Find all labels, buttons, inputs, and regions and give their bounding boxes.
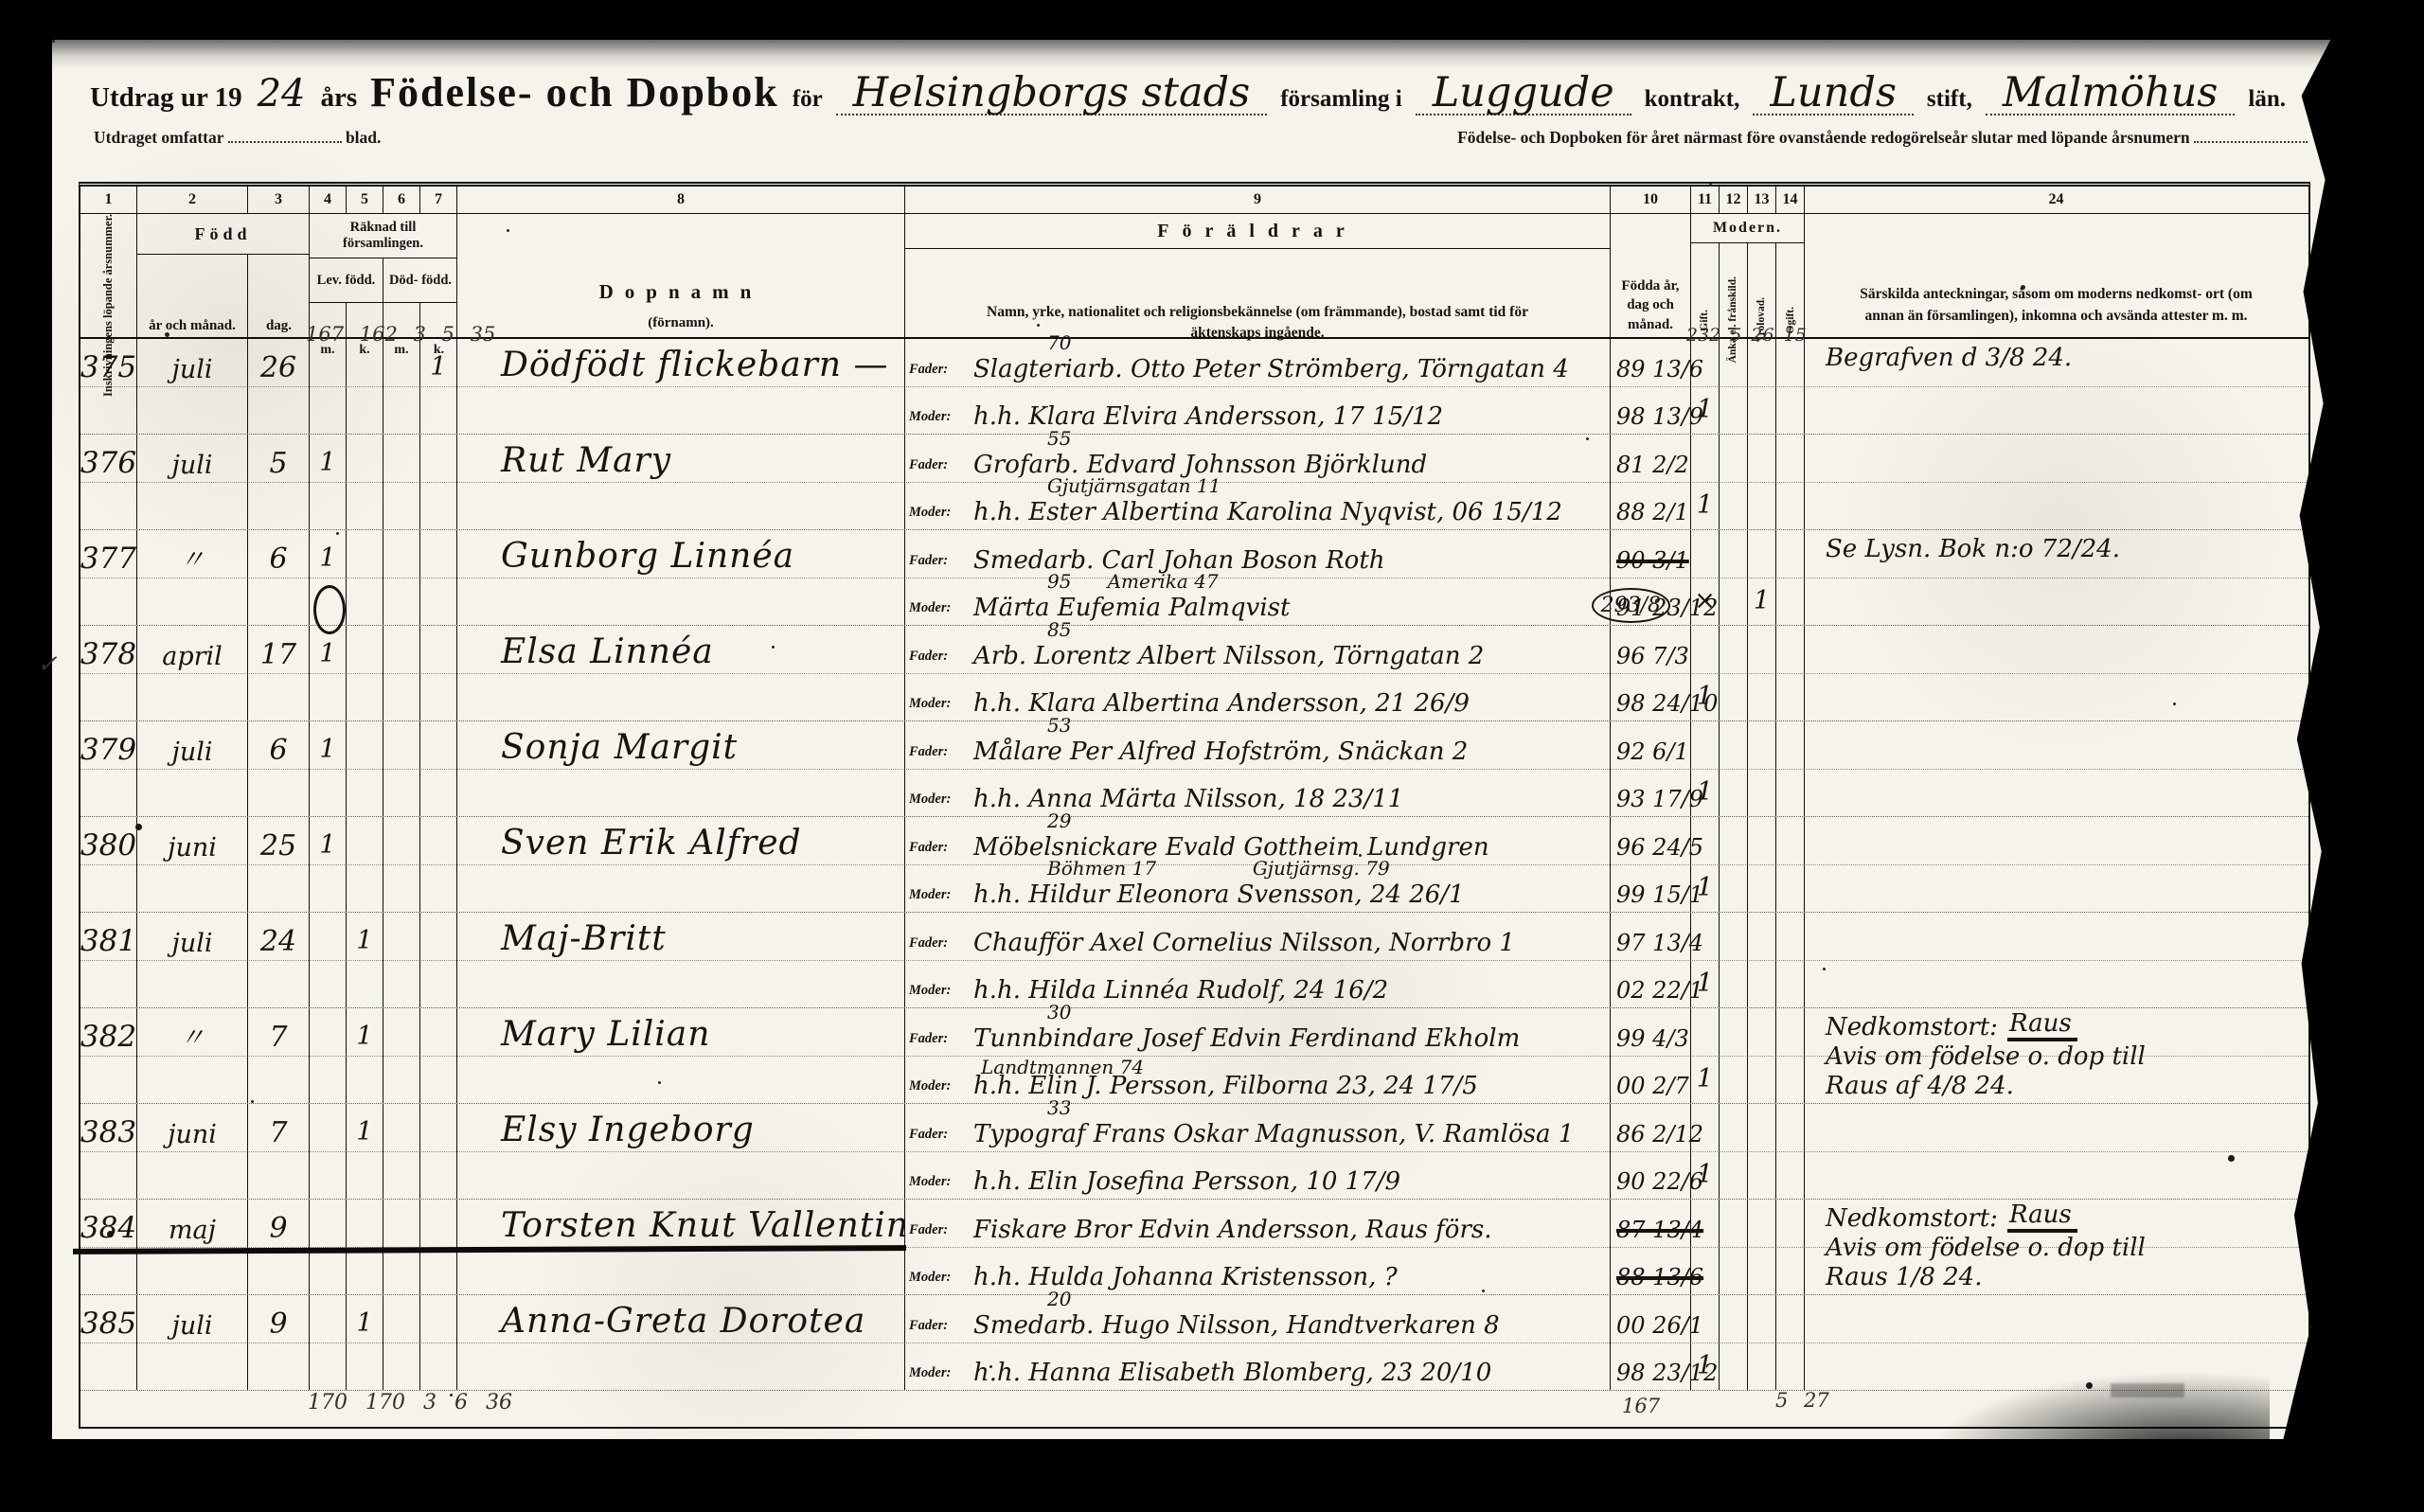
mother-label: Moder: xyxy=(909,409,951,425)
birth-day-cell: 7 xyxy=(248,1008,310,1103)
mother-widow-cell xyxy=(1720,721,1748,816)
records-table: 167 162 3 5 35 232 5 26 15 1 2 3 4 5 6 7… xyxy=(79,182,2310,1429)
blank-line xyxy=(2194,141,2308,143)
stillborn-female-cell xyxy=(420,435,457,529)
liveborn-male-cell: 1 xyxy=(310,530,347,625)
stillborn-male-cell xyxy=(383,817,420,912)
col-num: 9 xyxy=(905,187,1611,213)
father-label: Fader: xyxy=(909,1127,948,1143)
birth-month: maj xyxy=(169,1216,216,1245)
table-row: 383 juni 7 1 Elsy Ingeborg Fader: 33 xyxy=(80,1104,2308,1200)
special-notes-cell xyxy=(1805,721,2308,816)
father-birth-line: 89 13/6 xyxy=(1611,339,1690,386)
parent-birthdates-cell: 96 7/3 98 24/10 xyxy=(1611,626,1691,720)
record-number: 382 xyxy=(80,1020,136,1054)
birth-day: 26 xyxy=(260,351,296,384)
mother-birth-line: 90 22/6 xyxy=(1611,1151,1690,1199)
birth-month-cell: juni xyxy=(137,1104,248,1199)
parent-birthdates-cell: 92 6/1 93 17/9 xyxy=(1611,721,1691,816)
mother-birth-line: 88 13/6 xyxy=(1611,1247,1690,1294)
father-label: Fader: xyxy=(909,649,948,665)
table-row: 381 juli 24 1 Maj-Britt Fader: xyxy=(80,913,2308,1008)
mother-widow-cell xyxy=(1720,1008,1748,1103)
father-name-occupation: Målare Per Alfred Hofström, Snäckan 2 xyxy=(973,738,1468,766)
parent-birthdates-cell: 96 24/5 99 15/1 xyxy=(1611,817,1691,912)
note-line-3: Raus af 4/8 24. xyxy=(1826,1071,2308,1100)
liveborn-male-cell: 1 xyxy=(310,626,347,720)
column-number-row: 1 2 3 4 5 6 7 8 9 10 11 12 13 14 24 xyxy=(80,187,2308,214)
baptism-name-cell: Sonja Margit xyxy=(457,721,905,816)
mother-name: Märta Eufemia Palmqvist xyxy=(973,594,1290,622)
mother-unmarried-cell xyxy=(1776,626,1805,720)
special-notes-cell xyxy=(1805,817,2308,912)
birth-day: 6 xyxy=(269,543,287,576)
mother-birth-line: 93 17/9 xyxy=(1611,769,1690,816)
title-kontrakt: kontrakt, xyxy=(1645,86,1740,113)
birth-month: juli xyxy=(171,451,212,480)
note-line-3 xyxy=(1826,688,2308,718)
father-birth-line: 97 13/4 xyxy=(1611,913,1690,960)
page-title: Utdrag ur 19 24 års Födelse- och Dopbok … xyxy=(52,40,2336,116)
parent-birthdates-cell: 87 13/4 88 13/6 xyxy=(1611,1200,1691,1294)
note-line-3 xyxy=(1826,1166,2308,1196)
father-line: Fader: 20 Smedarb. Hugo Nilsson, Handtve… xyxy=(905,1295,1610,1343)
birth-month: juni xyxy=(168,1120,217,1149)
father-annotation-above: 85 xyxy=(1047,618,1071,641)
note-line-3 xyxy=(1826,1358,2308,1387)
liveborn-male-cell: 1 xyxy=(310,721,347,816)
stillborn-female-cell xyxy=(420,530,457,625)
mother-label: Moder: xyxy=(909,505,951,521)
record-number-cell: 376 xyxy=(80,435,137,529)
parent-birthdates-cell: 81 2/2 88 2/1 xyxy=(1611,435,1691,529)
baptism-name: Elsy Ingeborg xyxy=(501,1111,755,1149)
mother-name: h.h. Klara Elvira Andersson, 17 15/12 xyxy=(973,402,1443,431)
note-text: Nedkomstort: xyxy=(1826,1204,1998,1233)
pencil-carried-modern-top: 232 5 26 15 xyxy=(1686,325,1807,346)
stillborn-female-cell: 1 xyxy=(420,339,457,434)
printer-imprint-smudge xyxy=(2111,1383,2184,1397)
parent-birthdates-cell: 86 2/12 90 22/6 xyxy=(1611,1104,1691,1199)
parents-cell: Fader: 70 Slagteriarb. Otto Peter Strömb… xyxy=(905,339,1611,434)
stillborn-female-cell xyxy=(420,1008,457,1103)
mother-married-mark: 1 xyxy=(1691,1064,1719,1094)
record-number: 376 xyxy=(80,446,136,480)
father-birthdate: 90 3/1 xyxy=(1616,547,1689,574)
baptism-name-cell: Anna-Greta Dorotea xyxy=(457,1295,905,1390)
mother-widow-cell xyxy=(1720,626,1748,720)
special-notes-cell: Nedkomstort: Raus Avis om födelse o. dop… xyxy=(1805,1008,2308,1103)
father-birth-line: 81 2/2 xyxy=(1611,435,1690,482)
birth-day: 7 xyxy=(269,1021,287,1054)
birth-day: 6 xyxy=(269,734,287,767)
father-birth-line: 96 24/5 xyxy=(1611,817,1690,864)
record-number-cell: 377 xyxy=(80,530,137,625)
liveborn-female-cell: 1 xyxy=(347,1008,383,1103)
record-number: 385 xyxy=(80,1307,136,1341)
birth-day-cell: 6 xyxy=(248,530,310,625)
col-num: 11 xyxy=(1691,187,1720,213)
title-book-name: Födelse- och Dopbok xyxy=(370,68,779,116)
table-row: 378 ✓ april 17 1 Elsa Linnéa Fader: 85 xyxy=(80,626,2308,721)
parent-birthdates-cell: 00 26/1 98 23/12 xyxy=(1611,1295,1691,1390)
mother-line: Moder: h.h. Klara Elvira Andersson, 17 1… xyxy=(905,386,1610,434)
mother-betrothed-cell xyxy=(1748,626,1776,720)
mother-betrothed-cell xyxy=(1748,1104,1776,1199)
record-number-cell: 379 xyxy=(80,721,137,816)
parents-cell: Fader: 30 Tunnbindare Josef Edvin Ferdin… xyxy=(905,1008,1611,1103)
father-line: Fader: Smedarb. Carl Johan Boson Roth xyxy=(905,530,1610,578)
mother-betrothed-cell: 1 xyxy=(1748,530,1776,625)
father-name-occupation: Smedarb. Hugo Nilsson, Handtverkaren 8 xyxy=(973,1311,1500,1340)
mother-birthdate: 98 23/12 xyxy=(1616,1360,1718,1386)
special-notes-cell xyxy=(1805,626,2308,720)
mother-widow-cell xyxy=(1720,339,1748,434)
liveborn-male-cell xyxy=(310,1200,347,1294)
col-num: 1 xyxy=(80,187,137,213)
pencil-carried-counts-top: 167 162 3 5 35 xyxy=(306,323,495,346)
stillborn-female-mark: 1 xyxy=(420,352,456,382)
father-birthdate: 89 13/6 xyxy=(1616,356,1703,382)
note-text: Se Lysn. Bok n:o 72/24. xyxy=(1826,535,2120,563)
mother-birth-line: 88 2/1 xyxy=(1611,482,1690,529)
liveborn-female-cell: 1 xyxy=(347,1104,383,1199)
father-birth-line: 96 7/3 xyxy=(1611,626,1690,673)
note-line-1 xyxy=(1826,916,2308,946)
father-annotation-above: 53 xyxy=(1047,714,1071,737)
record-number: 381 xyxy=(80,924,136,958)
table-row: 385 juli 9 1 Anna-Greta Dorotea Fader: xyxy=(80,1295,2308,1391)
liveborn-female-cell xyxy=(347,817,383,912)
stillborn-male-cell xyxy=(383,1200,420,1294)
liveborn-male-cell xyxy=(310,1008,347,1103)
father-line: Fader: 33 Typograf Frans Oskar Magnusson… xyxy=(905,1104,1610,1151)
birth-month: juli xyxy=(171,738,212,767)
margin-checkmark: ✓ xyxy=(37,650,58,679)
stillborn-male-cell xyxy=(383,913,420,1007)
note-line-2 xyxy=(1826,1137,2308,1166)
father-annotation-above: 70 xyxy=(1047,331,1071,354)
mother-name: h.h. Anna Märta Nilsson, 18 23/11 xyxy=(973,785,1403,813)
father-birth-line: 00 26/1 xyxy=(1611,1295,1690,1343)
stillborn-male-cell xyxy=(383,339,420,434)
note-line-1: Nedkomstort: Raus xyxy=(1826,1203,2308,1233)
mother-birthdate: 99 15/1 xyxy=(1616,881,1703,908)
table-row: 380 juni 25 1 Sven Erik Alfred Fader: xyxy=(80,817,2308,913)
record-number: 383 xyxy=(80,1115,136,1149)
header-dod-fodd: Död- född. xyxy=(383,258,457,302)
mother-unmarried-cell xyxy=(1776,1200,1805,1294)
liveborn-male-cell: 1 xyxy=(310,817,347,912)
mother-line: Moder: Gjutjärnsgatan 11 h.h. Ester Albe… xyxy=(905,482,1610,529)
father-birthdate: 97 13/4 xyxy=(1616,930,1703,956)
record-number: 377 xyxy=(80,542,136,576)
father-birthdate: 96 24/5 xyxy=(1616,834,1703,861)
col-num: 14 xyxy=(1776,187,1805,213)
mother-widow-cell xyxy=(1720,435,1748,529)
parish-handwritten: Helsingborgs stads xyxy=(836,75,1268,116)
stillborn-female-cell xyxy=(420,1104,457,1199)
birth-month: juli xyxy=(171,355,212,384)
stillborn-female-cell xyxy=(420,626,457,720)
mother-birthdate: 88 2/1 xyxy=(1616,499,1689,525)
note-text: Avis om födelse o. dop till xyxy=(1826,1234,2146,1262)
note-line-1 xyxy=(1826,630,2308,659)
note-line-1 xyxy=(1826,1108,2308,1137)
parent-birthdates-cell: 89 13/6 98 13/9 xyxy=(1611,339,1691,434)
note-line-1 xyxy=(1826,725,2308,755)
record-number: 380 xyxy=(80,828,136,863)
father-name-occupation: Slagteriarb. Otto Peter Strömberg, Törng… xyxy=(973,355,1569,383)
father-label: Fader: xyxy=(909,1031,948,1047)
mother-birth-line: 98 24/10 xyxy=(1611,673,1690,720)
note-line-2 xyxy=(1826,372,2308,401)
father-line: Fader: Chaufför Axel Cornelius Nilsson, … xyxy=(905,913,1610,960)
parents-cell: Fader: Chaufför Axel Cornelius Nilsson, … xyxy=(905,913,1611,1007)
note-line-3 xyxy=(1826,784,2308,813)
father-name-occupation: Chaufför Axel Cornelius Nilsson, Norrbro… xyxy=(973,929,1515,957)
father-label: Fader: xyxy=(909,362,948,378)
stillborn-female-cell xyxy=(420,913,457,1007)
mother-betrothed-cell xyxy=(1748,1200,1776,1294)
birth-month-cell: juli xyxy=(137,435,248,529)
mother-widow-cell xyxy=(1720,913,1748,1007)
birth-day: 17 xyxy=(260,638,296,671)
liveborn-female-cell xyxy=(347,339,383,434)
pencil-sum-right-a: 167 xyxy=(1622,1395,1660,1417)
mother-unmarried-cell xyxy=(1776,1008,1805,1103)
mother-label: Moder: xyxy=(909,696,951,712)
header-lev-fodd: Lev. född. xyxy=(310,258,383,302)
title-stift: stift, xyxy=(1927,86,1972,113)
record-number: 379 xyxy=(80,733,136,767)
liveborn-female-cell xyxy=(347,435,383,529)
note-text: Begrafven d 3/8 24. xyxy=(1826,344,2072,372)
baptism-name: Sven Erik Alfred xyxy=(501,824,802,863)
baptism-name: Maj-Britt xyxy=(501,919,667,958)
record-number-cell: 383 xyxy=(80,1104,137,1199)
father-annotation-above: 30 xyxy=(1047,1001,1071,1023)
mother-line: Moder: Böhmen 17 Gjutjärnsg. 79 h.h. Hil… xyxy=(905,864,1610,912)
birth-month-cell: juli xyxy=(137,339,248,434)
note-line-3 xyxy=(1826,497,2308,526)
note-line-2: Avis om födelse o. dop till xyxy=(1826,1041,2308,1071)
mother-name: h.h. Ester Albertina Karolina Nyqvist, 0… xyxy=(973,498,1562,526)
mother-line: Moder: h.h. Klara Albertina Andersson, 2… xyxy=(905,673,1610,720)
mother-birth-line: 00 2/7 xyxy=(1611,1056,1690,1103)
birth-day-cell: 7 xyxy=(248,1104,310,1199)
baptism-name-cell: Elsa Linnéa xyxy=(457,626,905,720)
parents-cell: Fader: 33 Typograf Frans Oskar Magnusson… xyxy=(905,1104,1611,1199)
stillborn-male-cell xyxy=(383,626,420,720)
note-line-1 xyxy=(1826,1299,2308,1328)
liveborn-male-mark: 1 xyxy=(310,448,346,477)
stillborn-male-cell xyxy=(383,435,420,529)
father-annotation-above: 55 xyxy=(1047,427,1071,450)
birth-day: 7 xyxy=(269,1116,287,1149)
stillborn-male-cell xyxy=(383,721,420,816)
mother-label: Moder: xyxy=(909,983,951,999)
mother-birthdate: 98 13/9 xyxy=(1616,403,1703,430)
title-for: för xyxy=(793,86,823,113)
father-line: Fader: 53 Målare Per Alfred Hofström, Sn… xyxy=(905,721,1610,769)
mother-married-cell: 1 xyxy=(1691,435,1720,529)
baptism-name: Sonja Margit xyxy=(501,728,738,767)
title-forsamling-i: församling i xyxy=(1280,86,1401,113)
table-header-row: Inskrivningens löpande årsnummer. Född å… xyxy=(80,214,2308,339)
mother-birthdate: 98 24/10 xyxy=(1616,690,1718,717)
birth-month-cell: 〃 xyxy=(137,1008,248,1103)
birth-day: 9 xyxy=(269,1212,287,1245)
mother-widow-cell xyxy=(1720,1104,1748,1199)
special-notes-cell: Begrafven d 3/8 24. xyxy=(1805,339,2308,434)
record-number-cell: 382 xyxy=(80,1008,137,1103)
mother-line: Moder: h.h. Hulda Johanna Kristensson, ? xyxy=(905,1247,1610,1294)
note-underlined-word: Raus xyxy=(2007,1009,2077,1041)
col-num: 13 xyxy=(1748,187,1776,213)
parents-cell: Fader: 53 Målare Per Alfred Hofström, Sn… xyxy=(905,721,1611,816)
mother-annotation-above: Gjutjärnsgatan 11 xyxy=(1047,474,1221,497)
father-line: Fader: 85 Arb. Lorentz Albert Nilsson, T… xyxy=(905,626,1610,673)
birth-day-cell: 6 xyxy=(248,721,310,816)
subheader-continuation-note: Födelse- och Dopboken för året närmast f… xyxy=(1457,128,2190,147)
father-annotation-above: 29 xyxy=(1047,809,1071,832)
father-birth-line: 92 6/1 xyxy=(1611,721,1690,769)
col-num: 24 xyxy=(1805,187,2308,213)
mother-line: Moder: h.h. Hanna Elisabeth Blomberg, 23… xyxy=(905,1343,1610,1390)
note-underlined-word: Raus xyxy=(2007,1201,2077,1233)
record-number: 384 xyxy=(80,1211,136,1245)
baptism-name: Dödfödt flickebarn — xyxy=(501,346,889,384)
header-fornamn: (förnamn). xyxy=(648,315,714,331)
birth-month-cell: juli xyxy=(137,1295,248,1390)
stillborn-male-cell xyxy=(383,1008,420,1103)
birth-day: 24 xyxy=(260,925,296,958)
col-num: 2 xyxy=(137,187,248,213)
liveborn-female-mark: 1 xyxy=(347,926,383,955)
father-birth-line: 99 4/3 xyxy=(1611,1008,1690,1056)
father-name-occupation: Arb. Lorentz Albert Nilsson, Törngatan 2 xyxy=(973,642,1484,670)
col-num: 4 xyxy=(310,187,347,213)
note-line-1 xyxy=(1826,438,2308,468)
father-label: Fader: xyxy=(909,1318,948,1334)
note-text: Avis om födelse o. dop till xyxy=(1826,1042,2146,1071)
subheader-left: Utdraget omfattar blad. xyxy=(94,128,381,148)
parents-cell: Fader: 55 Grofarb. Edvard Johnsson Björk… xyxy=(905,435,1611,529)
father-label: Fader: xyxy=(909,1222,948,1238)
father-birthdate: 87 13/4 xyxy=(1616,1217,1703,1243)
birth-month: 〃 xyxy=(180,1017,205,1054)
father-label: Fader: xyxy=(909,553,948,569)
liveborn-female-mark: 1 xyxy=(347,1117,383,1147)
scanned-document: { "page_header": { "printed_1a": "Utdrag… xyxy=(0,0,2424,1512)
birth-month: juli xyxy=(171,1311,212,1341)
note-line-3: Raus 1/8 24. xyxy=(1826,1262,2308,1291)
father-annotation-below: Landtmannen 74 xyxy=(981,1056,1144,1078)
mother-unmarried-cell xyxy=(1776,1295,1805,1390)
parents-cell: Fader: 20 Smedarb. Hugo Nilsson, Handtve… xyxy=(905,1295,1611,1390)
col-num: 12 xyxy=(1720,187,1748,213)
father-label: Fader: xyxy=(909,935,948,952)
record-number-cell: 384 xyxy=(80,1200,137,1294)
baptism-name-cell: Sven Erik Alfred xyxy=(457,817,905,912)
mother-widow-cell xyxy=(1720,817,1748,912)
parents-cell: Fader: Smedarb. Carl Johan Boson Roth Mo… xyxy=(905,530,1611,625)
birth-day: 25 xyxy=(260,829,296,863)
mother-betrothed-cell xyxy=(1748,817,1776,912)
mother-label: Moder: xyxy=(909,1174,951,1190)
mother-line: Moder: h.h. Anna Märta Nilsson, 18 23/11 xyxy=(905,769,1610,816)
birth-day-cell: 5 xyxy=(248,435,310,529)
baptism-name-cell: Elsy Ingeborg xyxy=(457,1104,905,1199)
father-line: Fader: 30 Tunnbindare Josef Edvin Ferdin… xyxy=(905,1008,1610,1056)
father-line: Fader: Fiskare Bror Edvin Andersson, Rau… xyxy=(905,1200,1610,1247)
baptism-name: Elsa Linnéa xyxy=(501,632,714,671)
note-line-3 xyxy=(1826,975,2308,1005)
table-row: 382 〃 7 1 Mary Lilian Fader: 30 xyxy=(80,1008,2308,1104)
note-line-3 xyxy=(1826,880,2308,909)
col-num: 5 xyxy=(347,187,383,213)
mother-unmarried-cell xyxy=(1776,530,1805,625)
note-line-1 xyxy=(1826,821,2308,850)
mother-unmarried-cell xyxy=(1776,817,1805,912)
birth-day-cell: 9 xyxy=(248,1295,310,1390)
mother-unmarried-cell xyxy=(1776,339,1805,434)
subheader-blad: blad. xyxy=(346,128,381,147)
mother-birthdate: 88 13/6 xyxy=(1616,1264,1703,1290)
contract-handwritten: Luggude xyxy=(1416,75,1631,116)
table-row: 376 juli 5 1 Rut Mary Fader: 55 xyxy=(80,435,2308,530)
baptism-name: Torsten Knut Vallentin xyxy=(501,1206,909,1245)
liveborn-male-mark: 1 xyxy=(310,830,346,860)
birth-day-cell: 25 xyxy=(248,817,310,912)
year-handwritten: 24 xyxy=(256,77,308,111)
father-name-occupation: Typograf Frans Oskar Magnusson, V. Ramlö… xyxy=(973,1120,1574,1148)
table-row: 377 〃 6 1 Gunborg Linnéa Fader: xyxy=(80,530,2308,626)
county-handwritten: Malmöhus xyxy=(1986,75,2236,116)
liveborn-male-cell xyxy=(310,1295,347,1390)
father-annotation-above: 20 xyxy=(1047,1288,1071,1310)
mother-birthdate: 02 22/1 xyxy=(1616,977,1703,1004)
birth-month-cell: juli xyxy=(137,913,248,1007)
birth-month-cell: juli xyxy=(137,721,248,816)
header-raknad: Räknad till församlingen. xyxy=(310,214,456,258)
table-row: 384 maj 9 Torsten Knut Vallentin Fader: xyxy=(80,1200,2308,1295)
mother-betrothed-cell xyxy=(1748,435,1776,529)
liveborn-male-cell xyxy=(310,1104,347,1199)
birth-month-cell: juni xyxy=(137,817,248,912)
birth-month: april xyxy=(162,642,223,671)
father-label: Fader: xyxy=(909,840,948,856)
col-num: 8 xyxy=(457,187,905,213)
mother-widow-cell xyxy=(1720,1295,1748,1390)
birth-month-cell: april xyxy=(137,626,248,720)
father-birthdate: 99 4/3 xyxy=(1616,1025,1689,1052)
note-line-2 xyxy=(1826,563,2308,593)
record-number-cell: 385 xyxy=(80,1295,137,1390)
father-birth-line: 87 13/4 xyxy=(1611,1200,1690,1247)
mother-betrothed-cell xyxy=(1748,339,1776,434)
liveborn-male-mark: 1 xyxy=(310,639,346,668)
record-number-cell: 380 xyxy=(80,817,137,912)
table-row: 375 juli 26 1 Dödfödt flickebarn — Fader… xyxy=(80,339,2308,435)
baptism-name-cell: Rut Mary xyxy=(457,435,905,529)
note-line-2 xyxy=(1826,659,2308,688)
mother-label: Moder: xyxy=(909,887,951,903)
baptism-name: Rut Mary xyxy=(501,441,671,480)
parents-cell: Fader: 29 Möbelsnickare Evald Gottheim L… xyxy=(905,817,1611,912)
baptism-name: Gunborg Linnéa xyxy=(501,537,794,576)
